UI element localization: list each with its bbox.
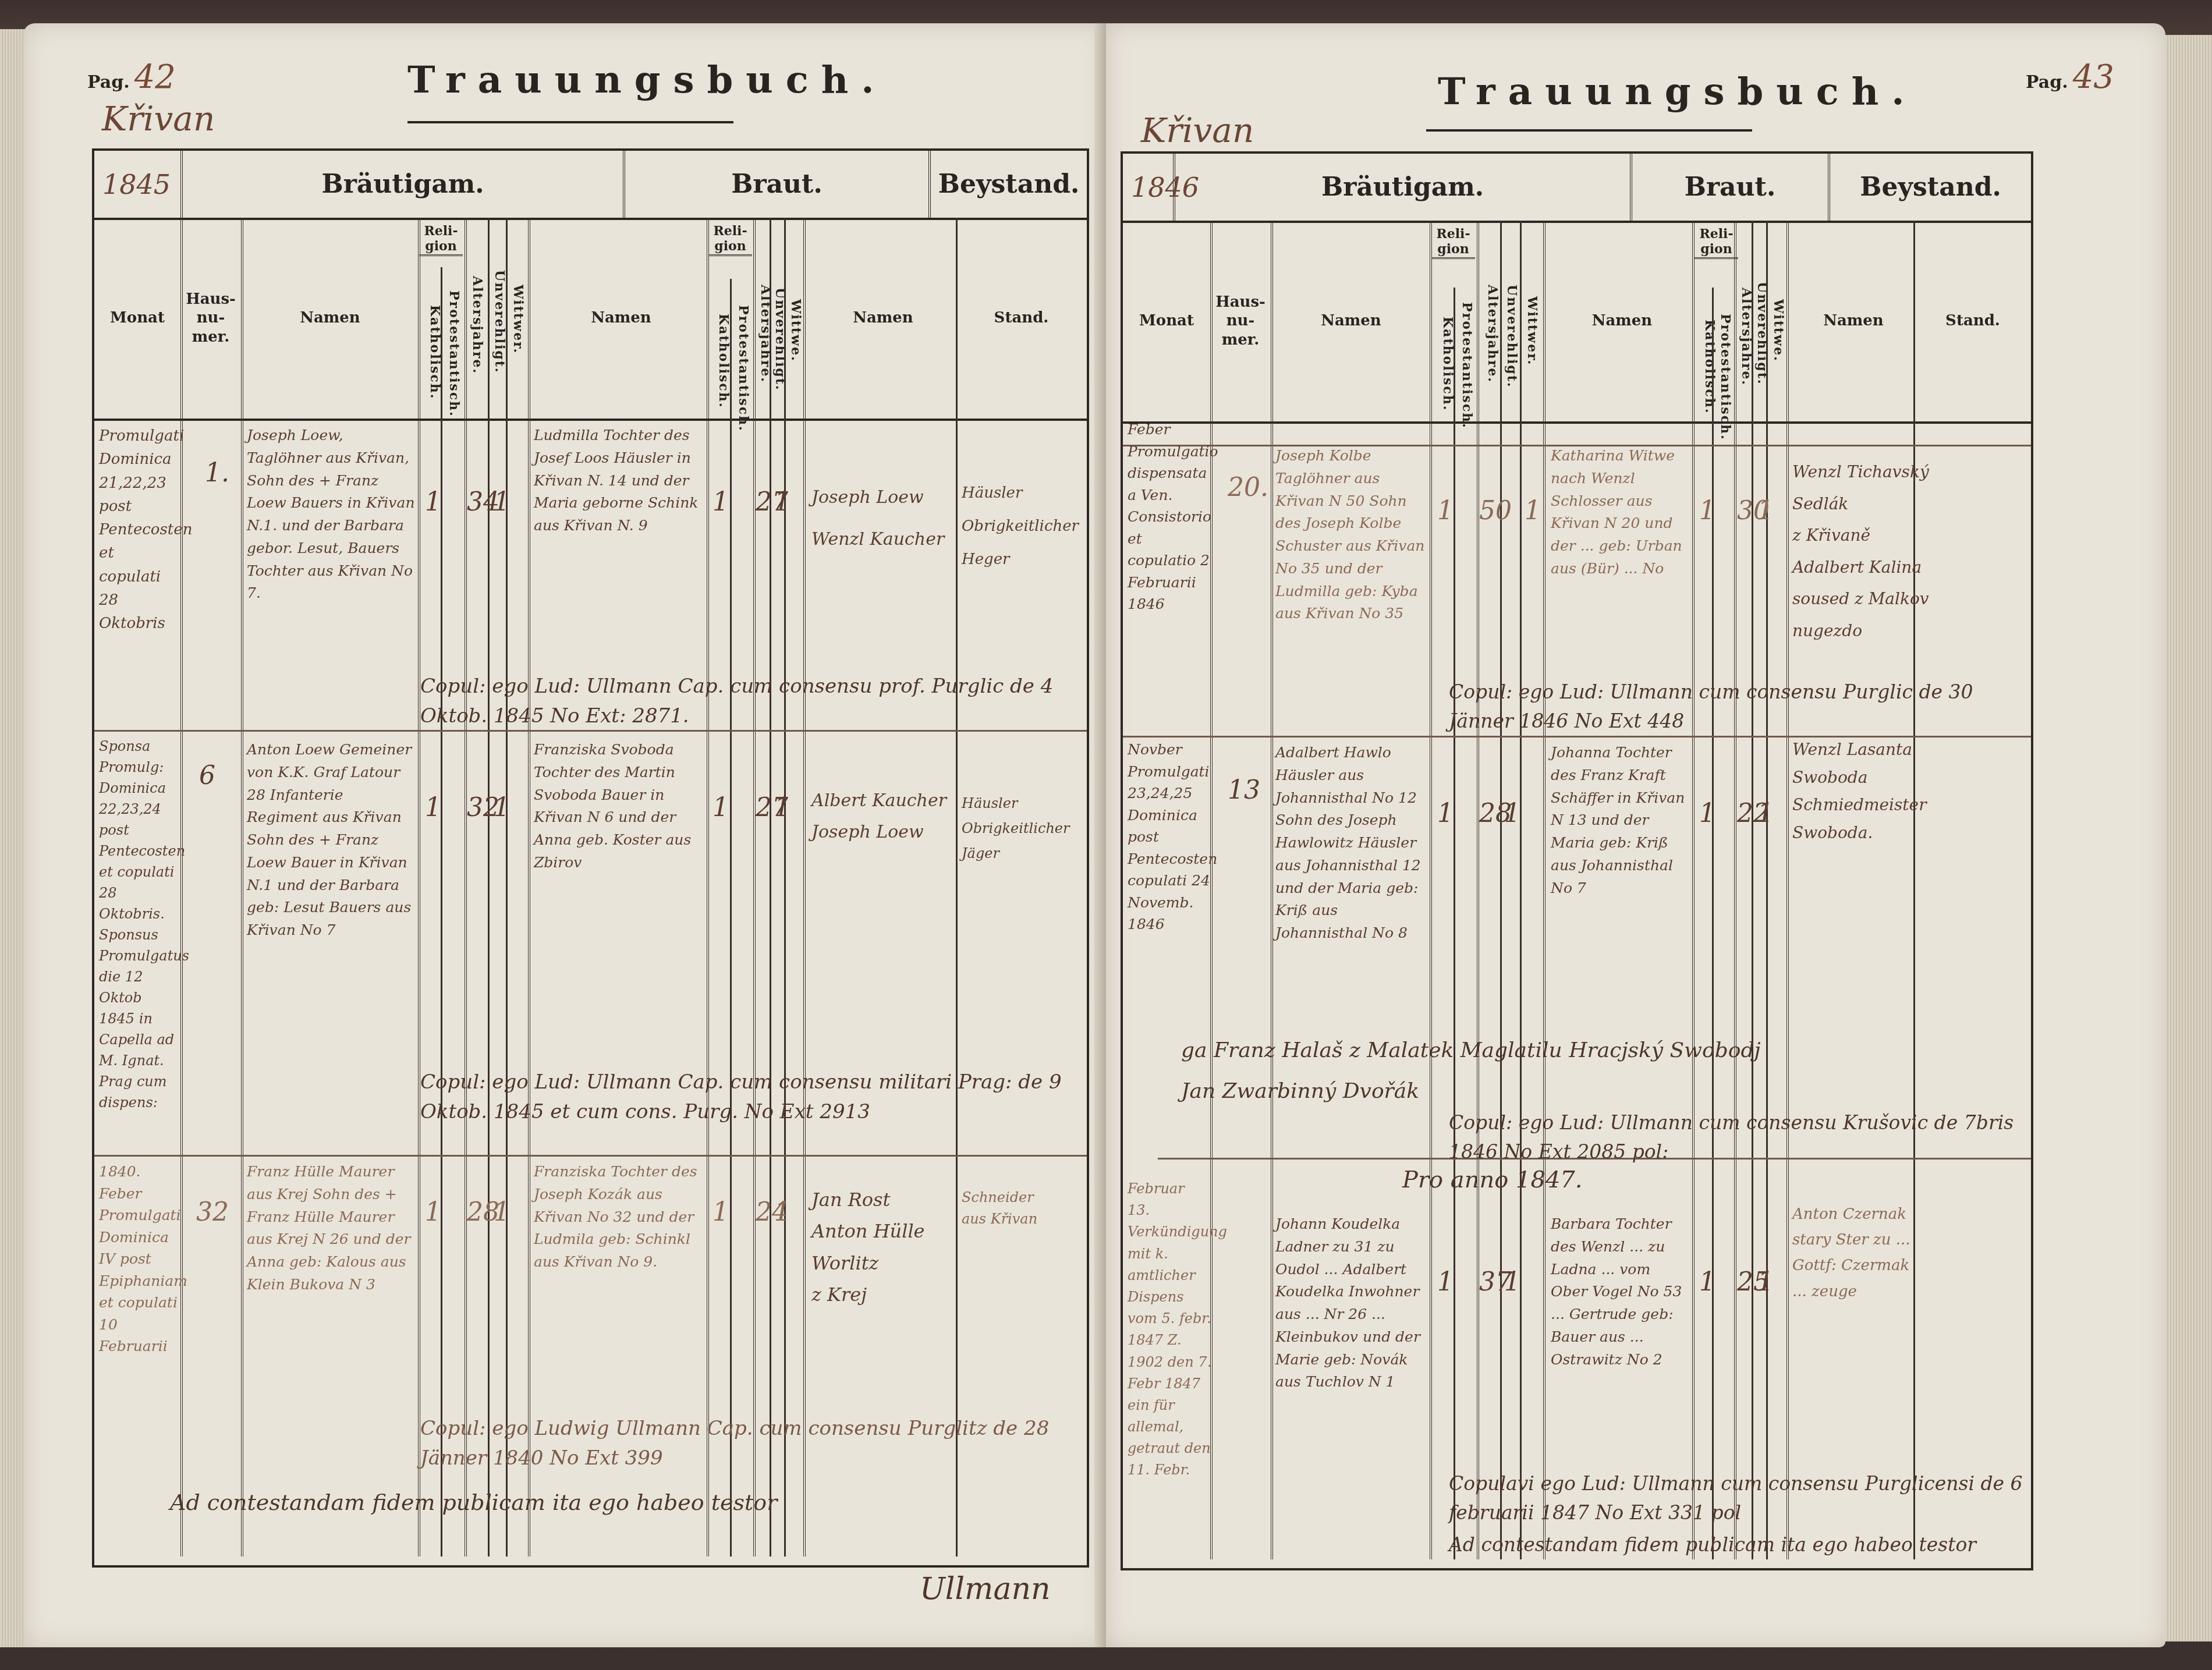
col-protestantisch-bride: Protestantisch. bbox=[1718, 314, 1733, 441]
col-stand: Stand. bbox=[1917, 221, 2028, 421]
col-divider bbox=[784, 218, 786, 1556]
entry-2-katholisch: 1 bbox=[1437, 794, 1454, 834]
page-label: Pag. bbox=[2026, 72, 2068, 93]
right-page-title: Trauungsbuch. bbox=[1438, 70, 1917, 114]
entry-2-witnesses: Albert Kaucher Joseph Loew bbox=[811, 785, 954, 848]
col-divider bbox=[1712, 288, 1714, 1559]
col-wittwer: Wittwer. bbox=[511, 285, 526, 354]
entry-1-copulation-note: Copul: ego Lud: Ullmann cum consensu Pur… bbox=[1449, 678, 2031, 735]
col-divider bbox=[1454, 288, 1455, 1559]
entry-2-monat: Sponsa Promulg: Dominica 22,23,24 post P… bbox=[99, 736, 180, 1113]
entry-1-witnesses: Joseph Loew Wenzl Kaucher bbox=[811, 477, 954, 561]
col-divider bbox=[1500, 221, 1502, 1559]
col-wittwe: Wittwe. bbox=[1771, 299, 1786, 362]
entry-3-unverehligt-bride: 1 bbox=[774, 1193, 790, 1232]
col-katholisch-bride: Katholisch. bbox=[716, 314, 731, 408]
col-divider bbox=[1734, 221, 1736, 1559]
entry-3-unverehligt-bride: 1 bbox=[1757, 1263, 1774, 1302]
section-bride: Braut. bbox=[1632, 154, 1830, 221]
col-groom-name: Namen bbox=[243, 218, 417, 419]
entry-2-copulation-note: Copul: ego Lud: Ullmann Cap. cum consens… bbox=[420, 1068, 1084, 1127]
section-groom: Bräutigam. bbox=[183, 151, 625, 218]
entry-1-haus-nr: 20. bbox=[1228, 468, 1268, 508]
col-stand: Stand. bbox=[959, 218, 1084, 419]
entry-2-unverehligt: 1 bbox=[1504, 794, 1520, 834]
entry-2-unverehligt-bride: 1 bbox=[1757, 794, 1774, 834]
col-monat: Monat bbox=[1123, 221, 1210, 421]
left-page-title: Trauungsbuch. bbox=[407, 58, 887, 102]
col-bride-name: Namen bbox=[537, 218, 706, 419]
title-rule bbox=[407, 121, 733, 123]
col-divider bbox=[180, 218, 183, 1556]
section-groom: Bräutigam. bbox=[1175, 154, 1632, 221]
section-header-row: 1845 Bräutigam. Braut. Beystand. bbox=[94, 151, 1087, 220]
col-protestantisch: Protestantisch. bbox=[446, 290, 462, 417]
entry-2-groom: Anton Loew Gemeiner von K.K. Graf Latour… bbox=[247, 739, 416, 942]
col-divider bbox=[1543, 221, 1545, 1559]
section-witness: Beystand. bbox=[1830, 154, 2031, 221]
register-book: Pag.42 Trauungsbuch. Křivan 1845 Bräutig… bbox=[0, 0, 2212, 1670]
col-divider bbox=[1430, 221, 1432, 1559]
entry-3-katholisch: 1 bbox=[1437, 1263, 1454, 1302]
title-rule bbox=[1426, 129, 1752, 132]
left-page-number: Pag.42 bbox=[87, 58, 176, 96]
entry-2-unverehligt-bride: 1 bbox=[774, 788, 790, 828]
col-religion: Reli- gion bbox=[419, 224, 463, 256]
entry-2-witnesses: Wenzl Lasanta Swoboda Schmiedmeister Swo… bbox=[1792, 736, 2031, 846]
entry-3-witnesses: Jan Rost Anton Hülle Worlitz z Krej bbox=[811, 1184, 954, 1311]
entry-3-unverehligt: 1 bbox=[494, 1193, 510, 1232]
entry-3-bride: Barbara Tochter des Wenzl ... zu Ladna .… bbox=[1551, 1213, 1690, 1371]
entry-2-groom: Adalbert Hawlo Häusler aus Johannisthal … bbox=[1275, 742, 1430, 945]
col-divider bbox=[1786, 221, 1789, 1559]
entry-1-bride: Ludmilla Tochter des Josef Loos Häusler … bbox=[534, 424, 706, 537]
col-divider bbox=[1766, 221, 1768, 1559]
col-divider bbox=[506, 218, 508, 1556]
year-value: 1845 bbox=[102, 169, 171, 200]
col-divider bbox=[1477, 221, 1479, 1559]
section-header-row: 1846 Bräutigam. Braut. Beystand. bbox=[1123, 154, 2031, 223]
entry-2-katholisch-bride: 1 bbox=[712, 788, 729, 828]
entry-1-unverehligt: 1 bbox=[494, 483, 510, 522]
entry-2-monat: Novber Promulgati 23,24,25 Dominica post… bbox=[1128, 739, 1212, 935]
col-wittwer: Wittwer. bbox=[1525, 296, 1540, 366]
entry-1-monat: Feber Promulgatio dispensata a Ven. Cons… bbox=[1128, 419, 1212, 615]
col-divider bbox=[241, 218, 243, 1556]
col-protestantisch-bride: Protestantisch. bbox=[736, 305, 751, 432]
col-katholisch-bride: Katholisch. bbox=[1702, 320, 1717, 414]
col-religion-bride: Reli- gion bbox=[708, 224, 752, 256]
col-religion-bride: Reli- gion bbox=[1695, 226, 1738, 259]
entry-3-groom: Franz Hülle Maurer aus Krej Sohn des + F… bbox=[247, 1161, 416, 1296]
col-altersjahre: Altersjahre. bbox=[1485, 285, 1500, 383]
right-register-table: 1846 Bräutigam. Braut. Beystand. Monat H… bbox=[1121, 151, 2033, 1570]
col-divider bbox=[1271, 221, 1273, 1559]
col-divider bbox=[418, 218, 420, 1556]
entry-1-katholisch: 1 bbox=[1437, 491, 1454, 531]
entry-2-extra-line-2: Jan Zwarbinný Dvořák bbox=[1181, 1079, 1419, 1103]
entry-1-katholisch-bride: 1 bbox=[1699, 491, 1715, 531]
entry-1-unverehligt-bride: 1 bbox=[1757, 491, 1774, 531]
entry-3-copulation-note: Copul: ego Ludwig Ullmann Cap. cum conse… bbox=[420, 1414, 1084, 1473]
page-edges-right bbox=[2165, 35, 2212, 1641]
entry-3-attestation: Ad contestandam fidem publicam ita ego h… bbox=[170, 1490, 1043, 1515]
col-wittwe: Wittwe. bbox=[788, 299, 803, 362]
entry-1-groom: Joseph Kolbe Taglöhner aus Křivan N 50 S… bbox=[1275, 445, 1430, 625]
entry-3-copulation-note: Copulavi ego Lud: Ullmann cum consensu P… bbox=[1449, 1469, 2031, 1527]
entry-2-unverehligt: 1 bbox=[494, 788, 510, 828]
entry-1-katholisch: 1 bbox=[425, 483, 441, 522]
col-unverehligt: Unverehligt. bbox=[492, 270, 507, 373]
entry-1-wittwer: 1 bbox=[1525, 491, 1541, 531]
col-divider bbox=[956, 218, 958, 1556]
entry-2-stand: Häusler Obrigkeitlicher Jäger bbox=[962, 791, 1084, 867]
entry-1-copulation-note: Copul: ego Lud: Ullmann Cap. cum consens… bbox=[420, 672, 1084, 731]
entry-3-monat: Februar 13. Verkündigung mit k. amtliche… bbox=[1128, 1178, 1212, 1481]
col-unverehligt: Unverehligt. bbox=[1504, 285, 1519, 388]
year-cell: 1845 bbox=[94, 151, 183, 218]
col-altersjahre: Altersjahre. bbox=[470, 276, 485, 374]
entry-1-monat: Promulgati Dominica 21,22,23 post Pentec… bbox=[99, 424, 180, 636]
col-divider bbox=[465, 218, 467, 1556]
signature: Ullmann bbox=[920, 1572, 1050, 1607]
col-divider bbox=[1520, 221, 1522, 1559]
entry-1-unverehligt-bride: 1 bbox=[774, 483, 790, 522]
entry-3-stand: Schneider aus Křivan bbox=[962, 1187, 1084, 1230]
page-number-value: 42 bbox=[134, 58, 176, 96]
col-divider bbox=[528, 218, 530, 1556]
row-separator bbox=[94, 1155, 1087, 1157]
page-label: Pag. bbox=[87, 72, 130, 93]
entry-2-haus-nr: 6 bbox=[199, 756, 215, 796]
col-religion: Reli- gion bbox=[1431, 226, 1475, 259]
entry-2-haus-nr: 13 bbox=[1228, 771, 1260, 810]
left-parish-name: Křivan bbox=[102, 99, 215, 139]
section-witness: Beystand. bbox=[931, 151, 1087, 218]
entry-3-katholisch-bride: 1 bbox=[1699, 1263, 1715, 1302]
col-divider bbox=[753, 218, 756, 1556]
entry-3-unverehligt: 1 bbox=[1504, 1263, 1520, 1302]
col-divider bbox=[1752, 221, 1753, 1559]
column-header-row: Monat Haus- nu- mer. Namen Reli- gion Ka… bbox=[1123, 221, 2031, 424]
entry-1-stand: Häusler Obrigkeitlicher Heger bbox=[962, 477, 1084, 577]
right-parish-name: Křivan bbox=[1141, 111, 1254, 150]
col-divider bbox=[488, 218, 490, 1556]
col-divider bbox=[730, 279, 732, 1556]
entry-3-groom: Johann Koudelka Ladner zu 31 zu Oudol ..… bbox=[1275, 1213, 1430, 1394]
year-section-heading: Pro anno 1847. bbox=[1402, 1166, 1583, 1193]
year-cell: 1846 bbox=[1123, 154, 1175, 221]
entry-3-attestation: Ad contestandam fidem publicam ita ego h… bbox=[1449, 1533, 2031, 1556]
col-monat: Monat bbox=[94, 218, 180, 419]
col-divider bbox=[770, 218, 771, 1556]
entry-3-bride: Franziska Tochter des Joseph Kozák aus K… bbox=[534, 1161, 706, 1274]
entry-3-katholisch-bride: 1 bbox=[712, 1193, 729, 1232]
entry-1-alter: 50 bbox=[1479, 491, 1512, 531]
col-divider bbox=[1913, 221, 1915, 1559]
col-divider bbox=[1692, 221, 1695, 1559]
entry-2-copulation-note: Copul: ego Lud: Ullmann cum consensu Kru… bbox=[1449, 1108, 2031, 1166]
col-groom-name: Namen bbox=[1272, 221, 1430, 421]
col-witness-name: Namen bbox=[1792, 221, 1915, 421]
entry-2-katholisch: 1 bbox=[425, 788, 441, 828]
entry-1-katholisch-bride: 1 bbox=[712, 483, 729, 522]
entry-1-bride: Katharina Witwe nach Wenzl Schlosser aus… bbox=[1551, 445, 1690, 580]
col-divider bbox=[441, 267, 442, 1556]
entry-1-haus-nr: 1. bbox=[205, 453, 229, 493]
col-divider bbox=[707, 218, 709, 1556]
section-bride: Braut. bbox=[625, 151, 931, 218]
col-witness-name: Namen bbox=[810, 218, 956, 419]
entry-3-katholisch: 1 bbox=[425, 1193, 441, 1232]
col-hausnummer: Haus- nu- mer. bbox=[1211, 221, 1270, 421]
col-bride-name: Namen bbox=[1551, 221, 1693, 421]
entry-3-witnesses: Anton Czernak stary Ster zu ... Gottf: C… bbox=[1792, 1201, 2031, 1304]
entry-3-monat: 1840. Feber Promulgati Dominica IV post … bbox=[99, 1161, 180, 1357]
entry-2-bride: Johanna Tochter des Franz Kraft Schäffer… bbox=[1551, 742, 1690, 899]
left-register-table: 1845 Bräutigam. Braut. Beystand. Monat H… bbox=[92, 148, 1089, 1568]
entry-1-witnesses: Wenzl Tichavský Sedlák z Křivaně Adalber… bbox=[1792, 456, 2031, 647]
entry-2-extra-line-1: ga Franz Halaš z Malatek Maglatilu Hracj… bbox=[1181, 1038, 1761, 1062]
entry-2-bride: Franziska Svoboda Tochter des Martin Svo… bbox=[534, 739, 706, 874]
page-number-value: 43 bbox=[2073, 58, 2114, 96]
col-protestantisch: Protestantisch. bbox=[1459, 302, 1474, 429]
entry-1-groom: Joseph Loew, Taglöhner aus Křivan, Sohn … bbox=[247, 424, 416, 605]
entry-2-katholisch-bride: 1 bbox=[1699, 794, 1715, 834]
right-page-number: Pag.43 bbox=[2026, 58, 2114, 96]
entry-3-haus-nr: 32 bbox=[196, 1193, 229, 1232]
col-divider bbox=[803, 218, 806, 1556]
col-hausnummer: Haus- nu- mer. bbox=[182, 218, 240, 419]
